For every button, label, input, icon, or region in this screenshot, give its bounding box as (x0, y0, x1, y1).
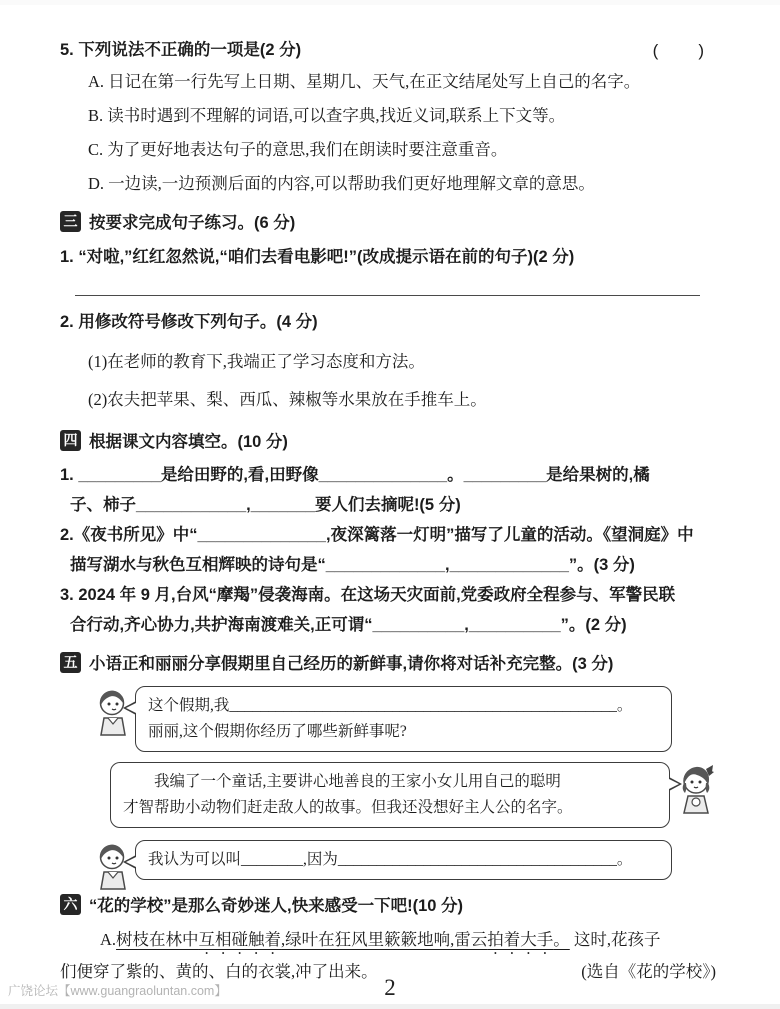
passage-line-1: A.树枝在林中互相碰触着,绿叶在狂风里簌簌地响,雷云拍着大手。 这时,花孩子 (100, 926, 716, 958)
section-3-marker: 三 (60, 211, 81, 232)
speech-bubble-girl: 我编了一个童话,主要讲心地善良的王家小女儿用自己的聪明 才智帮助小动物们赶走敌人… (110, 762, 670, 828)
paper-content: 5. 下列说法不正确的一项是(2 分) ( ) A. 日记在第一行先写上日期、星… (0, 0, 780, 986)
passage-label: A. (100, 930, 116, 949)
section-3-q2-item-1: (1)在老师的教育下,我端正了学习态度和方法。 (88, 350, 716, 374)
section-4-q3-line-2: 合行动,齐心协力,共护海南渡难关,正可谓“__________,________… (70, 610, 716, 640)
option-b: B. 读书时遇到不理解的词语,可以查字典,找近义词,联系上下文等。 (88, 99, 716, 133)
bubble-2-line-1: 我编了一个童话,主要讲心地善良的王家小女儿用自己的聪明 (123, 769, 657, 795)
bubble-tail-left-icon (123, 855, 136, 869)
answer-bracket: ( ) (653, 36, 706, 61)
section-4-q1-line-1: 1. _________是给田野的,看,田野像______________。__… (60, 460, 716, 490)
section-4-q3-line-1: 3. 2024 年 9 月,台风“摩羯”侵袭海南。在这场天灾面前,党委政府全程参… (60, 580, 716, 610)
bubble-1-line-2: 丽丽,这个假期你经历了哪些新鲜事呢? (148, 719, 659, 745)
section-5-block: 五 小语正和丽丽分享假期里自己经历的新鲜事,请你将对话补充完整。(3 分) (60, 650, 716, 880)
section-4-block: 四 根据课文内容填空。(10 分) 1. _________是给田野的,看,田野… (60, 428, 716, 640)
bubble-2-line-2: 才智帮助小动物们赶走敌人的故事。但我还没想好主人公的名字。 (123, 795, 657, 821)
bubble-1-line-1: 这个假期,我__________________________________… (148, 693, 659, 719)
section-4-q2-line-2: 描写湖水与秋色互相辉映的诗句是“_____________,__________… (70, 550, 716, 580)
section-3-block: 三 按要求完成句子练习。(6 分) 1. “对啦,”红红忽然说,“咱们去看电影吧… (60, 209, 716, 412)
section-4-marker: 四 (60, 430, 81, 451)
question-5-stem: 5. 下列说法不正确的一项是(2 分) (60, 36, 301, 60)
section-4-q2-line-1: 2.《夜书所见》中“______________,夜深篱落一灯明”描写了儿童的活… (60, 520, 716, 550)
dialog-row-3: 我认为可以叫________,因为_______________________… (135, 840, 672, 880)
girl-avatar-icon (676, 764, 720, 819)
page-footer: 广饶论坛【www.guangraoluntan.com】 2 (0, 975, 780, 1001)
dialog-row-2: 我编了一个童话,主要讲心地善良的王家小女儿用自己的聪明 才智帮助小动物们赶走敌人… (110, 762, 670, 828)
question-5-block: 5. 下列说法不正确的一项是(2 分) ( ) A. 日记在第一行先写上日期、星… (60, 36, 716, 201)
underline-segment: 树枝在林中 (116, 930, 199, 949)
bubble-3-line-1: 我认为可以叫________,因为_______________________… (148, 847, 659, 873)
option-d: D. 一边读,一边预测后面的内容,可以帮助我们更好地理解文章的意思。 (88, 167, 716, 201)
underlined-sentence: 树枝在林中互相碰触着,绿叶在狂风里簌簌地响,雷云拍着大手。 (116, 930, 570, 949)
question-5-options: A. 日记在第一行先写上日期、星期几、天气,在正文结尾处写上自己的名字。 B. … (88, 65, 716, 201)
speech-bubble-boy-1: 这个假期,我__________________________________… (135, 686, 672, 752)
section-3-question-2: 2. 用修改符号修改下列句子。(4 分) (60, 310, 716, 334)
section-3-question-1: 1. “对啦,”红红忽然说,“咱们去看电影吧!”(改成提示语在前的句子)(2 分… (60, 245, 716, 269)
section-4-title: 根据课文内容填空。(10 分) (89, 428, 288, 452)
bubble-tail-left-icon (123, 701, 136, 715)
page-number: 2 (0, 975, 780, 1001)
underline-segment: ,绿叶在狂风里簌簌地响,雷云 (281, 930, 487, 949)
option-c: C. 为了更好地表达句子的意思,我们在朗读时要注意重音。 (88, 133, 716, 167)
underline-segment: 。 (553, 930, 570, 949)
section-6-marker: 六 (60, 894, 81, 915)
dialog-row-1: 这个假期,我__________________________________… (135, 686, 672, 752)
emphasized-words-1: 互相碰触着 (199, 930, 282, 949)
passage-after: 这时,花孩子 (570, 930, 661, 949)
section-5-title: 小语正和丽丽分享假期里自己经历的新鲜事,请你将对话补充完整。(3 分) (89, 650, 613, 674)
section-3-title: 按要求完成句子练习。(6 分) (89, 209, 295, 233)
section-6-block: 六 “花的学校”是那么奇妙迷人,快来感受一下吧!(10 分) A.树枝在林中互相… (60, 892, 716, 986)
answer-blank-line (75, 295, 700, 296)
section-6-title: “花的学校”是那么奇妙迷人,快来感受一下吧!(10 分) (89, 892, 463, 916)
option-a: A. 日记在第一行先写上日期、星期几、天气,在正文结尾处写上自己的名字。 (88, 65, 716, 99)
emphasized-words-2: 拍着大手 (487, 930, 553, 949)
test-paper-page: 5. 下列说法不正确的一项是(2 分) ( ) A. 日记在第一行先写上日期、星… (0, 0, 780, 1009)
section-4-q1-line-2: 子、柿子____________,_______要人们去摘呢!(5 分) (70, 490, 716, 520)
section-5-marker: 五 (60, 652, 81, 673)
speech-bubble-boy-2: 我认为可以叫________,因为_______________________… (135, 840, 672, 880)
section-3-q2-item-2: (2)农夫把苹果、梨、西瓜、辣椒等水果放在手推车上。 (88, 388, 716, 412)
